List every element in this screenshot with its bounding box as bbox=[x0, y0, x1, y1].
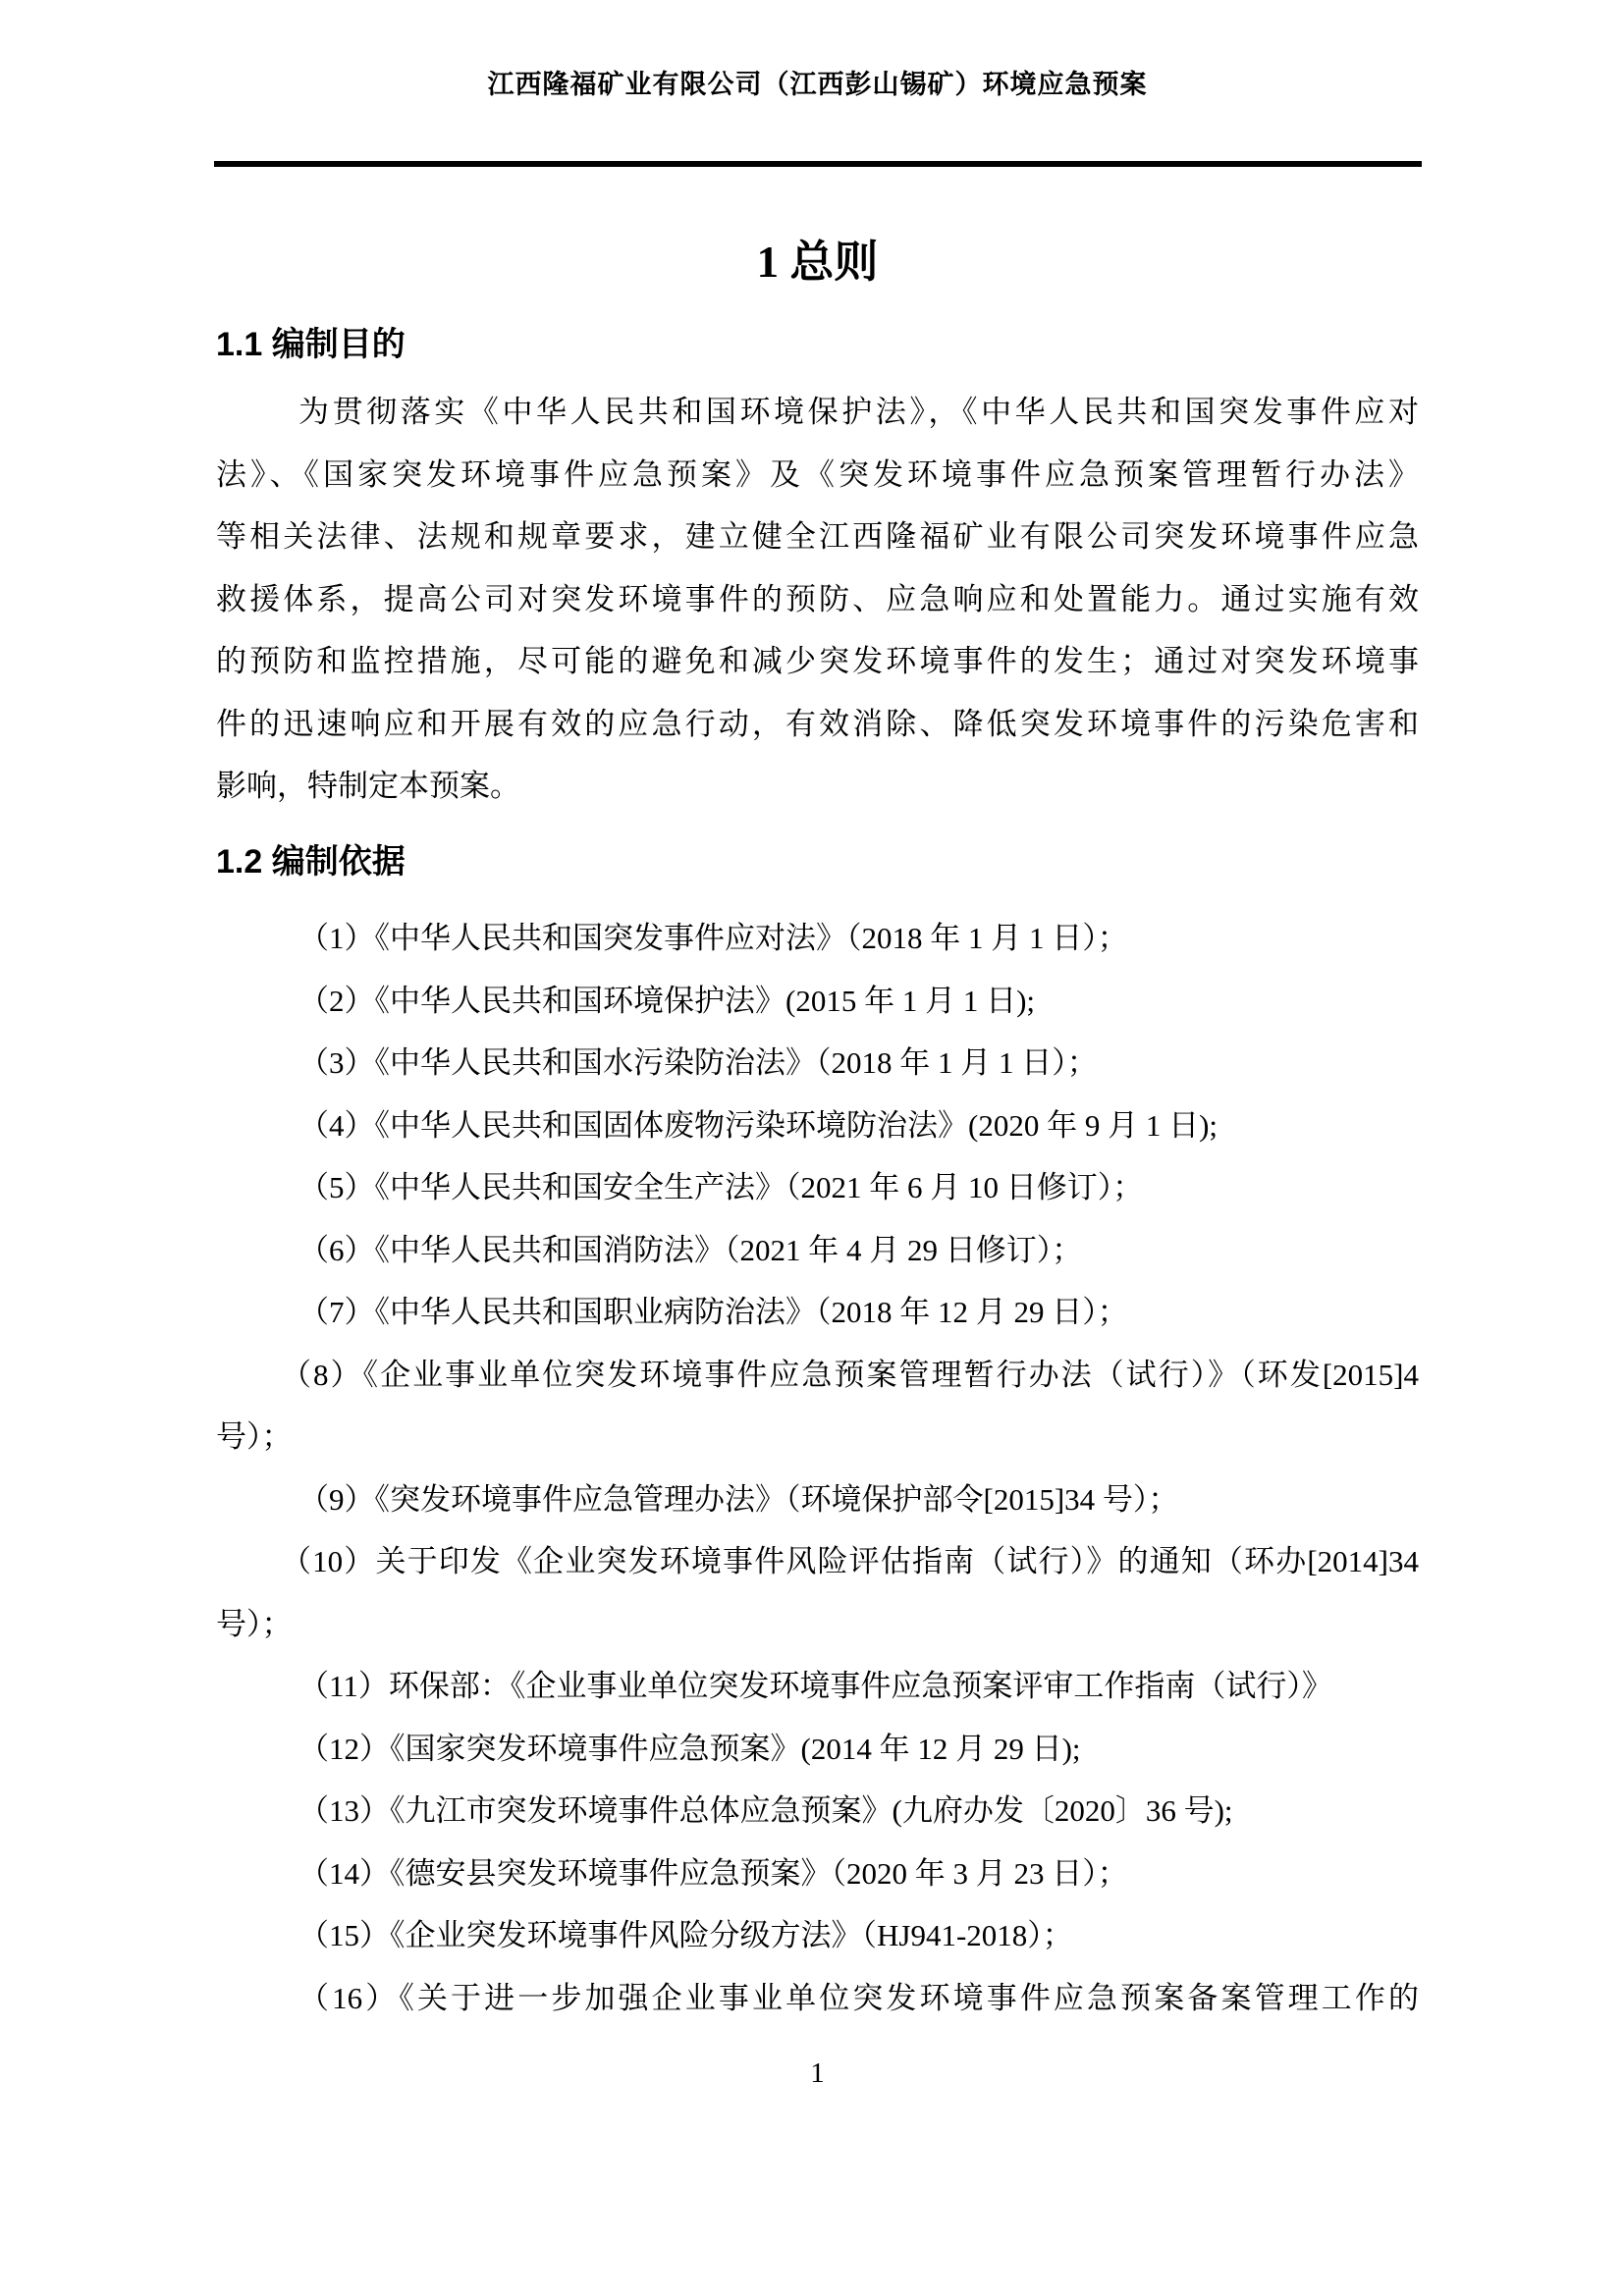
text-line: （11）环保部：《企业事业单位突发环境事件应急预案评审工作指南（试行）》 bbox=[216, 1655, 1419, 1718]
text-line: （16）《关于进一步加强企业事业单位突发环境事件应急预案备案管理工作的 bbox=[216, 1967, 1419, 2030]
page-number: 1 bbox=[216, 2054, 1419, 2093]
text-line: （3）《中华人民共和国水污染防治法》（2018 年 1 月 1 日）； bbox=[216, 1032, 1419, 1095]
text-line: （7）《中华人民共和国职业病防治法》（2018 年 12 月 29 日）； bbox=[216, 1281, 1419, 1344]
header-rule bbox=[214, 161, 1422, 167]
text-line: （9）《突发环境事件应急管理办法》（环境保护部令[2015]34 号）； bbox=[216, 1468, 1419, 1531]
chapter-title: 1 总则 bbox=[216, 232, 1419, 293]
text-line: （14）《德安县突发环境事件应急预案》（2020 年 3 月 23 日）； bbox=[216, 1842, 1419, 1905]
text-line: （13）《九江市突发环境事件总体应急预案》(九府办发〔2020〕36 号); bbox=[216, 1780, 1419, 1842]
paragraph-1-1: 为贯彻落实《中华人民共和国环境保护法》，《中华人民共和国突发事件应对法》、《国家… bbox=[216, 381, 1419, 818]
text-line: 法》、《国家突发环境事件应急预案》及《突发环境事件应急预案管理暂行办法》 bbox=[216, 444, 1419, 507]
text-line: （12）《国家突发环境事件应急预案》(2014 年 12 月 29 日); bbox=[216, 1718, 1419, 1781]
text-line: （5）《中华人民共和国安全生产法》（2021 年 6 月 10 日修订）； bbox=[216, 1156, 1419, 1219]
text-line: 影响，特制定本预案。 bbox=[216, 755, 1419, 818]
document-page: 江西隆福矿业有限公司（江西彭山锡矿）环境应急预案 1 总则 1.1 编制目的 为… bbox=[0, 0, 1624, 2296]
list-1-2: （1）《中华人民共和国突发事件应对法》（2018 年 1 月 1 日）；（2）《… bbox=[216, 907, 1419, 2029]
section-heading-1-2: 1.2 编制依据 bbox=[216, 839, 1419, 884]
text-line: （4）《中华人民共和国固体废物污染环境防治法》(2020 年 9 月 1 日); bbox=[216, 1095, 1419, 1157]
text-line: 为贯彻落实《中华人民共和国环境保护法》，《中华人民共和国突发事件应对 bbox=[216, 381, 1419, 444]
text-line: （1）《中华人民共和国突发事件应对法》（2018 年 1 月 1 日）； bbox=[216, 907, 1419, 970]
text-line: （8）《企业事业单位突发环境事件应急预案管理暂行办法（试行）》（环发[2015]… bbox=[216, 1344, 1419, 1407]
text-line: （10）关于印发《企业突发环境事件风险评估指南（试行）》的通知（环办[2014]… bbox=[216, 1530, 1419, 1593]
text-line: 件的迅速响应和开展有效的应急行动，有效消除、降低突发环境事件的污染危害和 bbox=[216, 693, 1419, 756]
text-line: （15）《企业突发环境事件风险分级方法》（HJ941-2018）； bbox=[216, 1904, 1419, 1967]
text-line: 等相关法律、法规和规章要求，建立健全江西隆福矿业有限公司突发环境事件应急 bbox=[216, 506, 1419, 568]
text-line: 的预防和监控措施，尽可能的避免和减少突发环境事件的发生；通过对突发环境事 bbox=[216, 630, 1419, 693]
text-line: 号）； bbox=[216, 1593, 1419, 1656]
text-line: 号）； bbox=[216, 1406, 1419, 1468]
text-line: （2）《中华人民共和国环境保护法》(2015 年 1 月 1 日); bbox=[216, 970, 1419, 1033]
text-line: 救援体系，提高公司对突发环境事件的预防、应急响应和处置能力。通过实施有效 bbox=[216, 568, 1419, 631]
text-line: （6）《中华人民共和国消防法》（2021 年 4 月 29 日修订）； bbox=[216, 1219, 1419, 1282]
section-heading-1-1: 1.1 编制目的 bbox=[216, 322, 1419, 367]
page-header-title: 江西隆福矿业有限公司（江西彭山锡矿）环境应急预案 bbox=[216, 65, 1419, 104]
